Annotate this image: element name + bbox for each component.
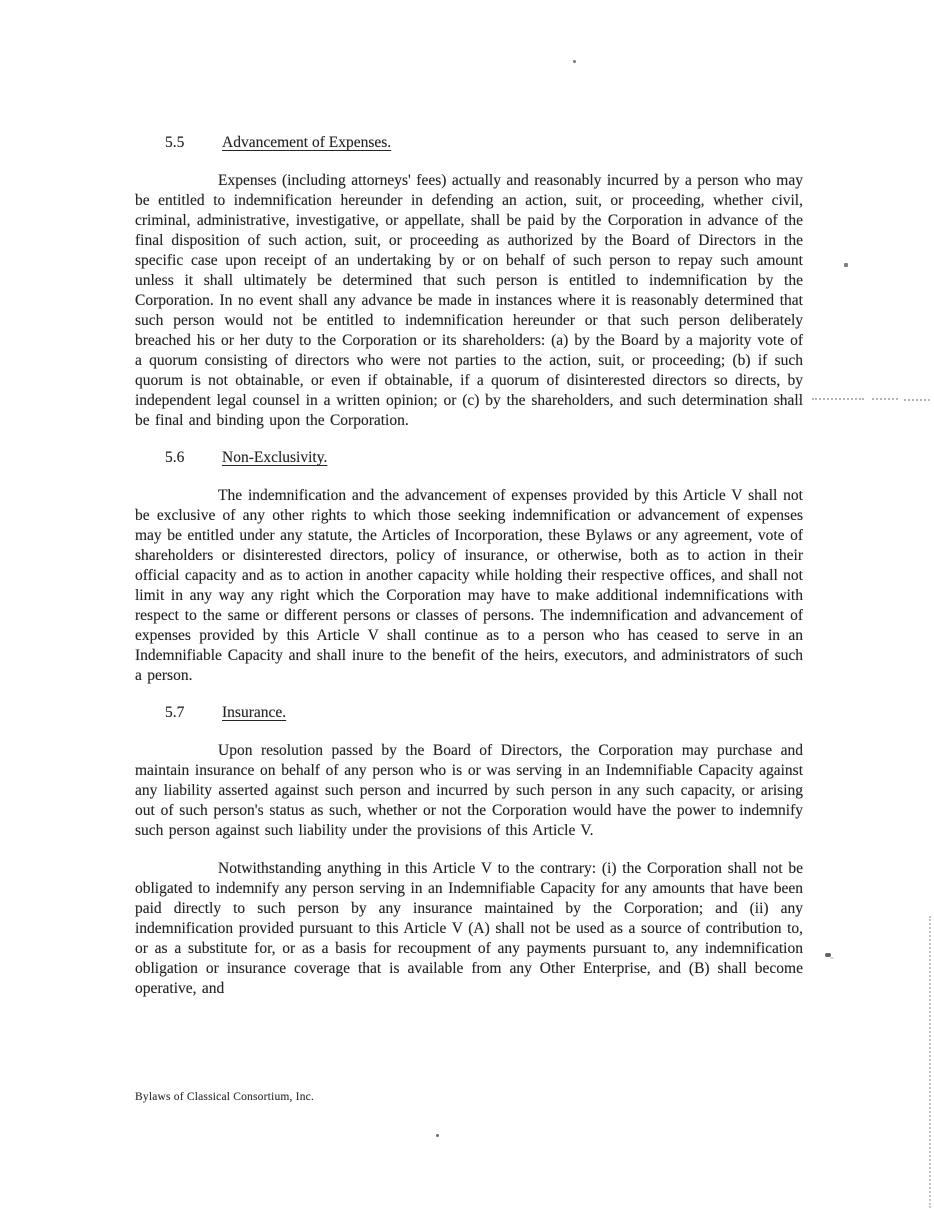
section-heading: 5.5Advancement of Expenses. xyxy=(135,133,803,153)
document-body: 5.5Advancement of Expenses. Expenses (in… xyxy=(135,133,803,999)
scan-dotted-artifact xyxy=(779,398,801,400)
page-footer: Bylaws of Classical Consortium, Inc. xyxy=(135,1091,314,1103)
section-number: 5.7 xyxy=(165,703,222,723)
section-non-exclusivity: 5.6Non-Exclusivity. The indemnification … xyxy=(135,448,803,686)
scan-speck xyxy=(825,953,831,957)
section-heading: 5.7Insurance. xyxy=(135,703,803,723)
scan-dotted-artifact xyxy=(872,398,898,400)
scan-edge-artifact xyxy=(929,916,931,1208)
section-title: Advancement of Expenses. xyxy=(222,134,391,151)
section-insurance: 5.7Insurance. Upon resolution passed by … xyxy=(135,703,803,999)
paragraph: The indemnification and the advancement … xyxy=(135,486,803,686)
section-number: 5.6 xyxy=(165,448,222,468)
section-title: Non-Exclusivity. xyxy=(222,449,327,466)
paragraph: Expenses (including attorneys' fees) act… xyxy=(135,171,803,431)
section-number: 5.5 xyxy=(165,133,222,153)
scan-speck xyxy=(436,1134,439,1137)
section-heading: 5.6Non-Exclusivity. xyxy=(135,448,803,468)
scan-speck xyxy=(844,263,848,267)
section-advancement-of-expenses: 5.5Advancement of Expenses. Expenses (in… xyxy=(135,133,803,431)
scan-speck xyxy=(573,60,576,63)
paragraph: Notwithstanding anything in this Article… xyxy=(135,859,803,999)
paragraph: Upon resolution passed by the Board of D… xyxy=(135,741,803,841)
document-page: 5.5Advancement of Expenses. Expenses (in… xyxy=(0,0,934,1208)
scan-dotted-artifact xyxy=(904,399,930,401)
scan-dotted-artifact xyxy=(812,398,864,400)
section-title: Insurance. xyxy=(222,704,286,721)
